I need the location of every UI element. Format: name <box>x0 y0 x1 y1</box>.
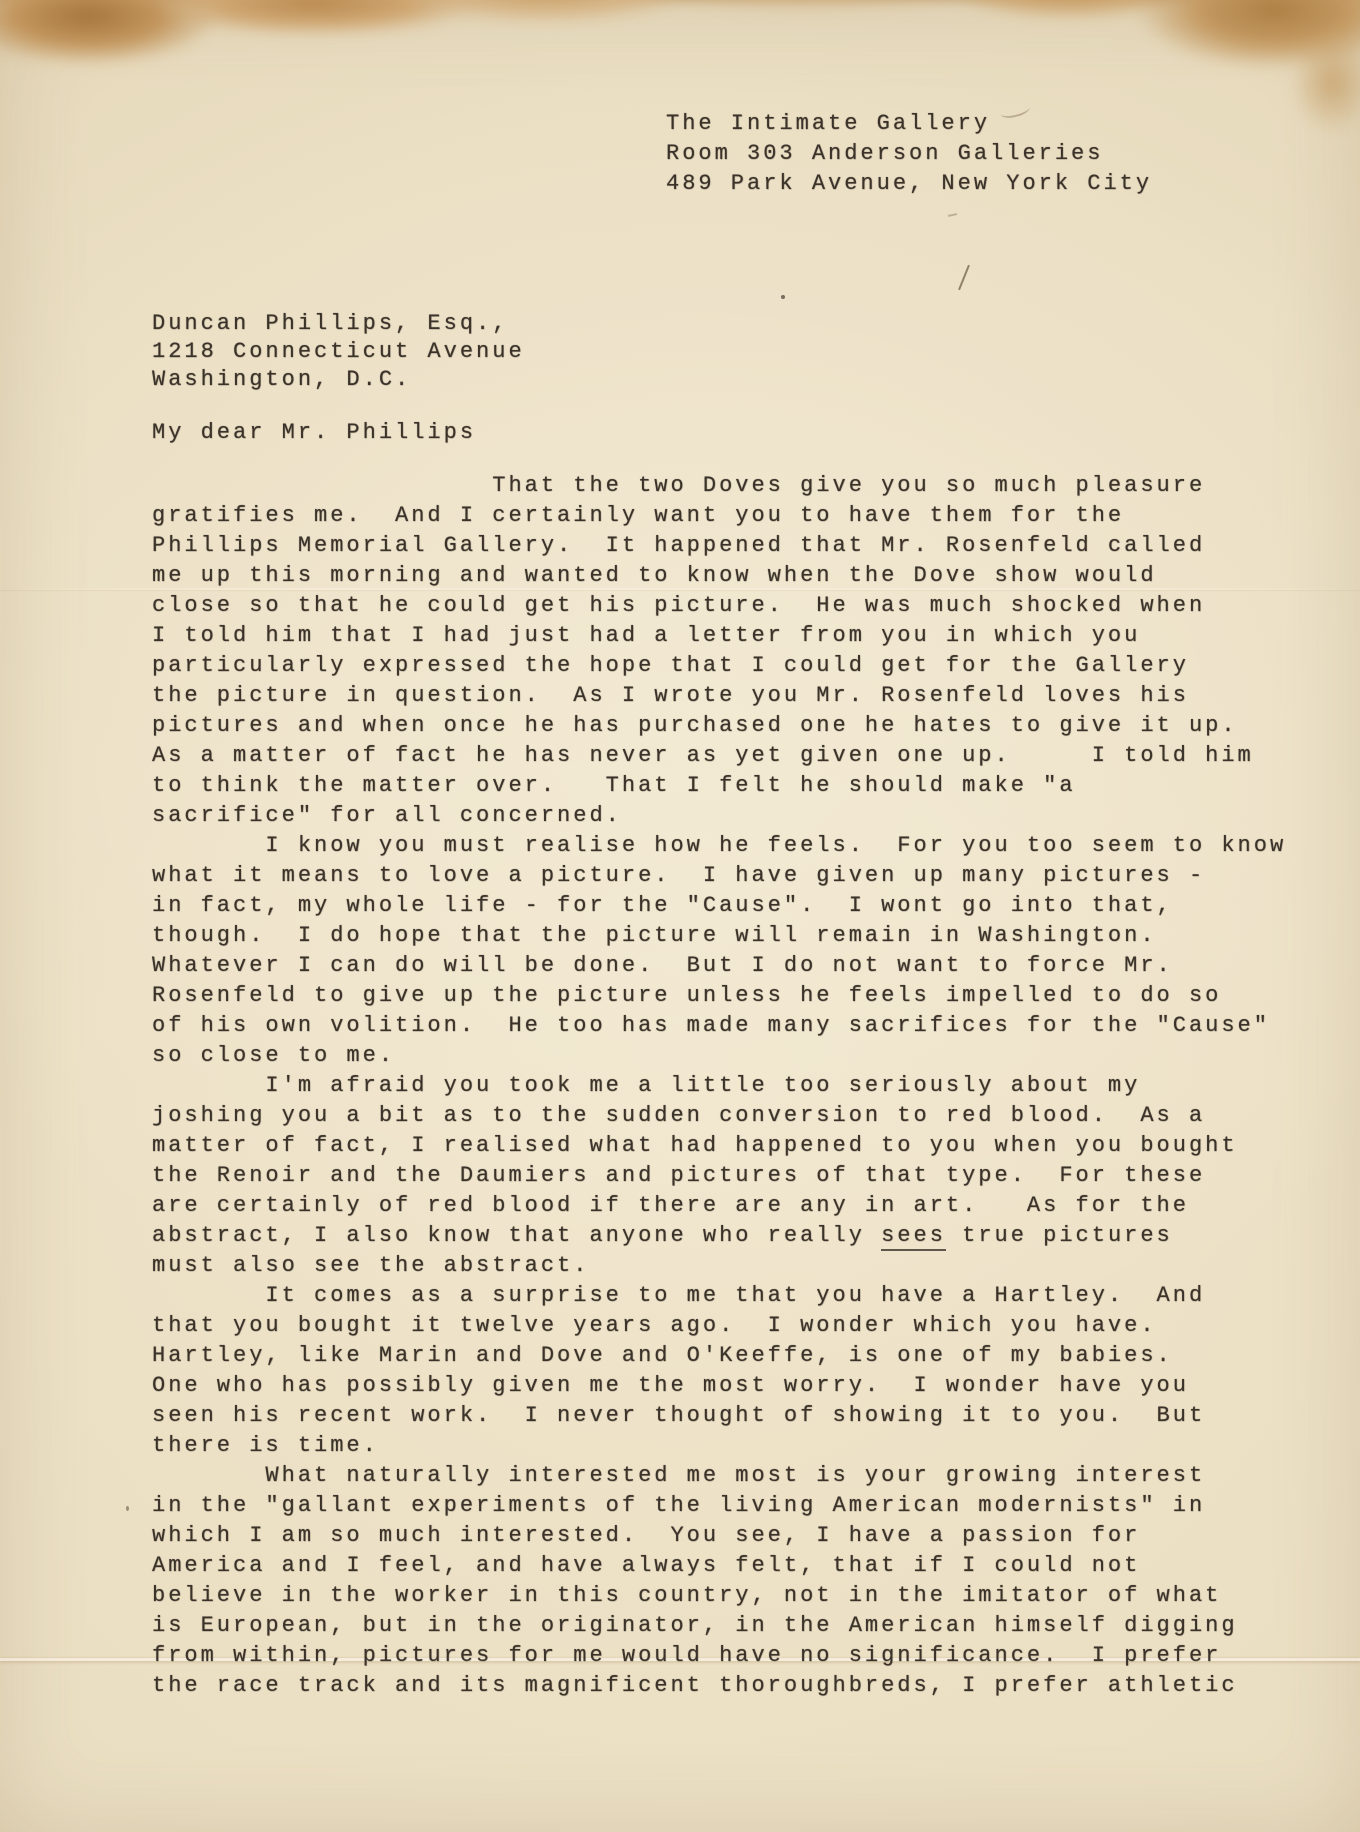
sender-address-line: Room 303 Anderson Galleries <box>666 139 1152 169</box>
sender-address-line: 489 Park Avenue, New York City <box>666 169 1152 199</box>
letter-body-line: that you bought it twelve years ago. I w… <box>152 1311 1286 1341</box>
letter-body-line: so close to me. <box>152 1041 1286 1071</box>
letter-body-line: in the "gallant experiments of the livin… <box>152 1491 1286 1521</box>
stain-top-left-corner <box>0 0 220 66</box>
letter-body-line: the race track and its magnificent thoro… <box>152 1671 1286 1701</box>
letter-body-line: I'm afraid you took me a little too seri… <box>152 1071 1286 1101</box>
letter-body-line: America and I feel, and have always felt… <box>152 1551 1286 1581</box>
letter-body-line: are certainly of red blood if there are … <box>152 1191 1286 1221</box>
letter-body-line: matter of fact, I realised what had happ… <box>152 1131 1286 1161</box>
letter-body-line: gratifies me. And I certainly want you t… <box>152 501 1286 531</box>
salutation: My dear Mr. Phillips <box>152 418 476 448</box>
stain-top-center-left <box>400 0 690 24</box>
recipient-address-line: 1218 Connecticut Avenue <box>152 338 525 366</box>
top-edge-stain-band <box>0 0 1360 8</box>
letter-body-line: particularly expressed the hope that I c… <box>152 651 1286 681</box>
letter-body-line: from within, pictures for me would have … <box>152 1641 1286 1671</box>
letter-body-line: Hartley, like Marin and Dove and O'Keeff… <box>152 1341 1286 1371</box>
letter-body-line: to think the matter over. That I felt he… <box>152 771 1286 801</box>
letter-body-line: It comes as a surprise to me that you ha… <box>152 1281 1286 1311</box>
letter-body-line: What naturally interested me most is you… <box>152 1461 1286 1491</box>
letter-body-line: sacrifice" for all concerned. <box>152 801 1286 831</box>
recipient-address-line: Washington, D.C. <box>152 366 525 394</box>
recipient-address-line: Duncan Phillips, Esq., <box>152 310 525 338</box>
sender-address-block: The Intimate GalleryRoom 303 Anderson Ga… <box>666 109 1152 199</box>
letter-body-line: there is time. <box>152 1431 1286 1461</box>
stain-top-right-corner <box>1135 0 1360 70</box>
stain-top-left <box>150 0 480 36</box>
pencil-dash-mark <box>948 213 957 217</box>
letter-body-line: As a matter of fact he has never as yet … <box>152 741 1286 771</box>
letter-body-line: is European, but in the originator, in t… <box>152 1611 1286 1641</box>
letter-body-line: Whatever I can do will be done. But I do… <box>152 951 1286 981</box>
ink-speck <box>126 1506 129 1511</box>
letter-body-line: I know you must realise how he feels. Fo… <box>152 831 1286 861</box>
sender-address-line: The Intimate Gallery <box>666 109 1152 139</box>
letter-body-line: believe in the worker in this country, n… <box>152 1581 1286 1611</box>
letter-body-line: Rosenfeld to give up the picture unless … <box>152 981 1286 1011</box>
letter-body-line: I told him that I had just had a letter … <box>152 621 1286 651</box>
letter-body-line: joshing you a bit as to the sudden conve… <box>152 1101 1286 1131</box>
letter-body: That the two Doves give you so much plea… <box>152 471 1286 1701</box>
letter-body-line: of his own volition. He too has made man… <box>152 1011 1286 1041</box>
letter-body-line: in fact, my whole life - for the "Cause"… <box>152 891 1286 921</box>
letter-body-line: seen his recent work. I never thought of… <box>152 1401 1286 1431</box>
stain-top-right <box>950 0 1190 20</box>
letter-body-line: the picture in question. As I wrote you … <box>152 681 1286 711</box>
letter-body-line: Phillips Memorial Gallery. It happened t… <box>152 531 1286 561</box>
ink-speck <box>781 295 785 299</box>
letter-body-line: One who has possibly given me the most w… <box>152 1371 1286 1401</box>
letter-body-line: which I am so much interested. You see, … <box>152 1521 1286 1551</box>
letter-body-line: close so that he could get his picture. … <box>152 591 1286 621</box>
letter-body-line: pictures and when once he has purchased … <box>152 711 1286 741</box>
pencil-slash-mark <box>958 265 970 291</box>
letter-body-line: That the two Doves give you so much plea… <box>152 471 1286 501</box>
letter-body-line: the Renoir and the Daumiers and pictures… <box>152 1161 1286 1191</box>
letter-body-line: what it means to love a picture. I have … <box>152 861 1286 891</box>
letter-page: The Intimate GalleryRoom 303 Anderson Ga… <box>0 0 1360 1832</box>
letter-body-line: must also see the abstract. <box>152 1251 1286 1281</box>
letter-body-line: me up this morning and wanted to know wh… <box>152 561 1286 591</box>
letter-body-line: though. I do hope that the picture will … <box>152 921 1286 951</box>
recipient-address-block: Duncan Phillips, Esq.,1218 Connecticut A… <box>152 310 525 394</box>
stain-top-center <box>630 0 970 16</box>
stain-right-edge <box>1290 30 1360 135</box>
letter-body-line: abstract, I also know that anyone who re… <box>152 1221 1286 1251</box>
